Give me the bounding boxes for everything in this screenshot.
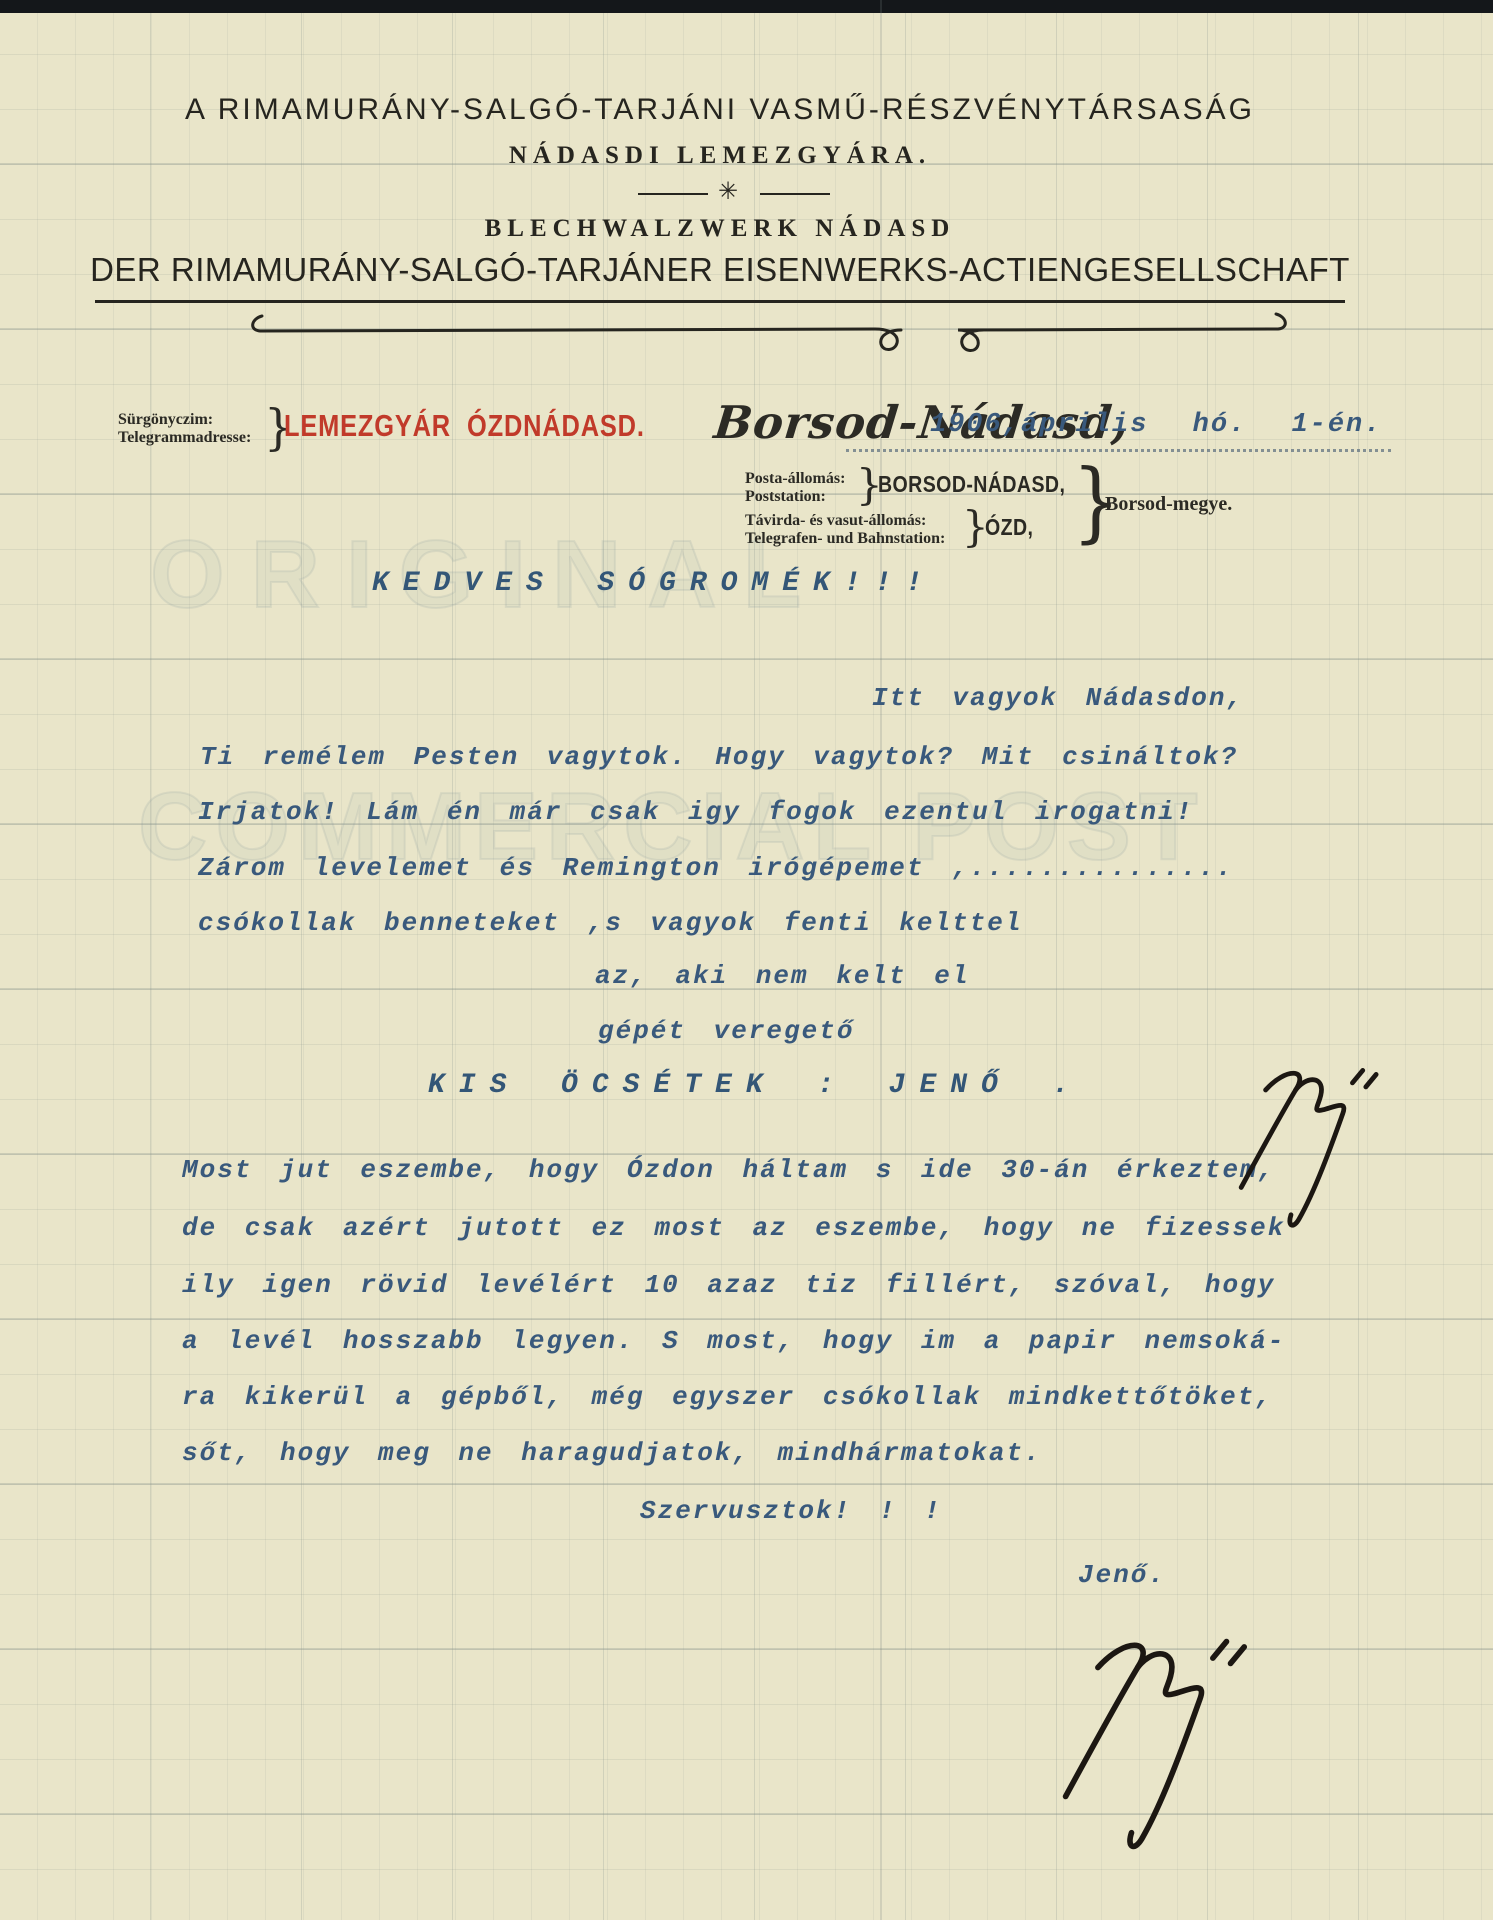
telegram-label-de: Telegrammadresse: [118,429,251,447]
telegram-label-hu: Sürgönyczim: [118,411,213,429]
body-line: az, aki nem kelt el [595,963,969,989]
body-line: Irjatok! Lám én már csak igy fogok ezent… [198,799,1193,825]
body-line: Zárom levelemet és Remington irógépemet … [198,855,1234,881]
factory-name-hu: NÁDASDI LEMEZGYÁRA. [0,143,1440,168]
body-line: gépét veregető [598,1018,854,1044]
handwritten-signature-jeno-icon [1206,1044,1399,1245]
paper-crease [880,0,882,1920]
salutation-line: KEDVES SÓGROMÉK!!! [372,570,936,598]
closing-name-line: KIS ÖCSÉTEK : JENŐ . [428,1072,1083,1100]
letter-page: ORIGINAL COMMERCIAL POST A RIMAMURÁNY-SA… [0,0,1493,1920]
factory-name-de: BLECHWALZWERK NÁDASD [0,216,1440,241]
ornament-rule-right [760,193,830,195]
station-rail-label-hu: Távirda- és vasut-állomás: [745,512,926,530]
body-line: Most jut eszembe, hogy Ózdon háltam s id… [182,1157,1275,1183]
body-line: de csak azért jutott ez most az eszembe,… [182,1215,1285,1241]
body-line: sőt, hogy meg ne haragudjatok, mindhárma… [182,1440,1042,1466]
company-name-de: DER RIMAMURÁNY-SALGÓ-TARJÁNER EISENWERKS… [0,253,1440,286]
telegram-address-stamp: LEMEZGYÁR ÓZDNÁDASD. [284,410,645,441]
body-line: Ti remélem Pesten vagytok. Hogy vagytok?… [200,744,1238,770]
station-post-label-hu: Posta-állomás: [745,470,845,488]
header-flourish-icon [240,308,1300,356]
county-name: Borsod-megye. [1105,494,1232,514]
body-line: a levél hosszabb legyen. S most, hogy im… [182,1328,1285,1354]
dateline-typed-date: 1906,április hó. 1-én. [930,412,1382,439]
station-post-value: BORSOD-NÁDASD, [878,473,1065,496]
station-rail-label-de: Telegrafen- und Bahnstation: [745,530,945,548]
body-line: csókollak benneteket ,s vagyok fenti kel… [198,910,1023,936]
company-name-hu: A RIMAMURÁNY-SALGÓ-TARJÁNI VASMŰ-RÉSZVÉN… [0,95,1440,125]
typed-signature-line: Jenő. [1078,1562,1166,1588]
ornament-rule-left [638,193,708,195]
body-line: Itt vagyok Nádasdon, [872,685,1244,711]
body-line: ra kikerül a gépből, még egyszer csókoll… [182,1384,1273,1410]
station-rail-value: ÓZD, [985,516,1033,539]
header-rule [95,300,1345,303]
body-line: ily igen rövid levélért 10 azaz tiz fill… [182,1272,1275,1298]
scan-edge [0,0,1493,13]
header-ornament-icon: ✳ [718,180,738,204]
farewell-line: Szervusztok! ! ! [640,1498,942,1524]
handwritten-signature-jeno-icon [1018,1594,1277,1885]
station-post-label-de: Poststation: [745,488,826,506]
